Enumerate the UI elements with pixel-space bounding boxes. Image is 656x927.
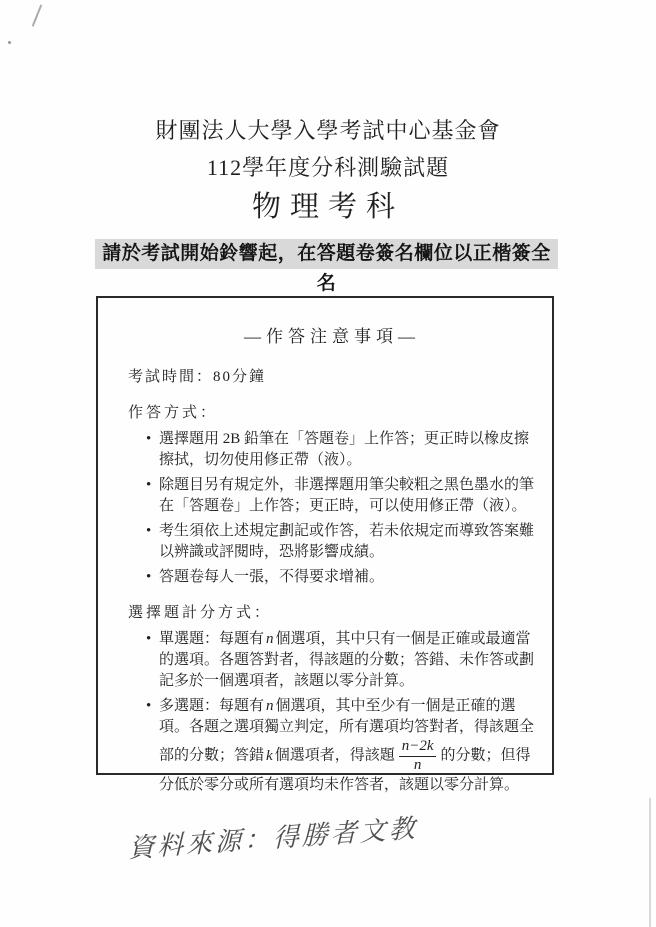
scan-edge-shadow	[649, 798, 651, 927]
answer-method-bullet-2: 除題目另有規定外，非選擇題用筆尖較粗之黑色墨水的筆在「答題卷」上作答；更正時，可…	[159, 475, 536, 517]
fraction-denominator: n	[399, 757, 437, 774]
bullet-icon: •	[146, 475, 159, 517]
list-item: • 選擇題用 2B 鉛筆在「答題卷」上作答；更正時以橡皮擦擦拭，切勿使用修正帶（…	[146, 429, 536, 471]
variable-n: n	[266, 698, 274, 714]
answer-method-bullet-4: 答題卷每人一張，不得要求增補。	[159, 567, 536, 588]
exam-year-title: 112學年度分科測驗試題	[0, 151, 656, 182]
variable-n: n	[266, 631, 274, 647]
variable-k: k	[266, 748, 273, 764]
bullet-icon: •	[146, 429, 159, 471]
pen-stroke-artifact	[32, 5, 42, 27]
multi-choice-text: 多選題：每題有	[159, 698, 264, 714]
answer-method-bullet-1: 選擇題用 2B 鉛筆在「答題卷」上作答；更正時以橡皮擦擦拭，切勿使用修正帶（液）…	[159, 429, 536, 471]
scanned-exam-cover-page: 財團法人大學入學考試中心基金會 112學年度分科測驗試題 物理考科 請於考試開始…	[0, 0, 656, 927]
fraction-numerator: n−2k	[399, 738, 437, 757]
scoring-heading: 選擇題計分方式：	[128, 601, 536, 622]
list-item: • 答題卷每人一張，不得要求增補。	[146, 567, 536, 588]
multi-choice-rule: 多選題：每題有n個選項，其中至少有一個是正確的選項。各題之選項獨立判定，所有選項…	[159, 696, 536, 796]
list-item: • 多選題：每題有n個選項，其中至少有一個是正確的選項。各題之選項獨立判定，所有…	[146, 696, 536, 796]
bullet-icon: •	[146, 521, 159, 563]
scoring-section: 選擇題計分方式： • 單選題：每題有n個選項，其中只有一個是正確或最適當的選項。…	[128, 601, 536, 796]
pen-dot-artifact	[8, 41, 11, 44]
list-item: • 除題目另有規定外，非選擇題用筆尖較粗之黑色墨水的筆在「答題卷」上作答；更正時…	[146, 475, 536, 517]
list-item: • 考生須依上述規定劃記或作答，若未依規定而導致答案難以辨識或評閱時，恐將影響成…	[146, 521, 536, 563]
bullet-icon: •	[146, 696, 159, 796]
single-choice-rule: 單選題：每題有n個選項，其中只有一個是正確或最適當的選項。各題答對者，得該題的分…	[159, 629, 536, 692]
answer-method-bullet-3: 考生須依上述規定劃記或作答，若未依規定而導致答案難以辨識或評閱時，恐將影響成績。	[159, 521, 536, 563]
handwritten-source-note: 資料來源：得勝者文教	[128, 808, 417, 865]
signature-instruction-banner: 請於考試開始鈴響起，在答題卷簽名欄位以正楷簽全名	[95, 239, 558, 269]
single-choice-text: 單選題：每題有	[159, 631, 264, 647]
score-fraction: n−2kn	[399, 738, 437, 775]
answer-method-section: 作答方式： • 選擇題用 2B 鉛筆在「答題卷」上作答；更正時以橡皮擦擦拭，切勿…	[128, 401, 536, 588]
answer-method-heading: 作答方式：	[128, 401, 536, 422]
subject-title: 物理考科	[0, 184, 656, 225]
list-item: • 單選題：每題有n個選項，其中只有一個是正確或最適當的選項。各題答對者，得該題…	[146, 629, 536, 692]
answer-notice-box: —作答注意事項— 考試時間：80分鐘 作答方式： • 選擇題用 2B 鉛筆在「答…	[96, 296, 554, 775]
multi-choice-text: 個選項者，得該題	[275, 748, 395, 764]
exam-time: 考試時間：80分鐘	[128, 365, 536, 386]
bullet-icon: •	[146, 629, 159, 692]
bullet-icon: •	[146, 567, 159, 588]
organization-title: 財團法人大學入學考試中心基金會	[0, 114, 656, 145]
notice-box-title: —作答注意事項—	[128, 322, 536, 347]
